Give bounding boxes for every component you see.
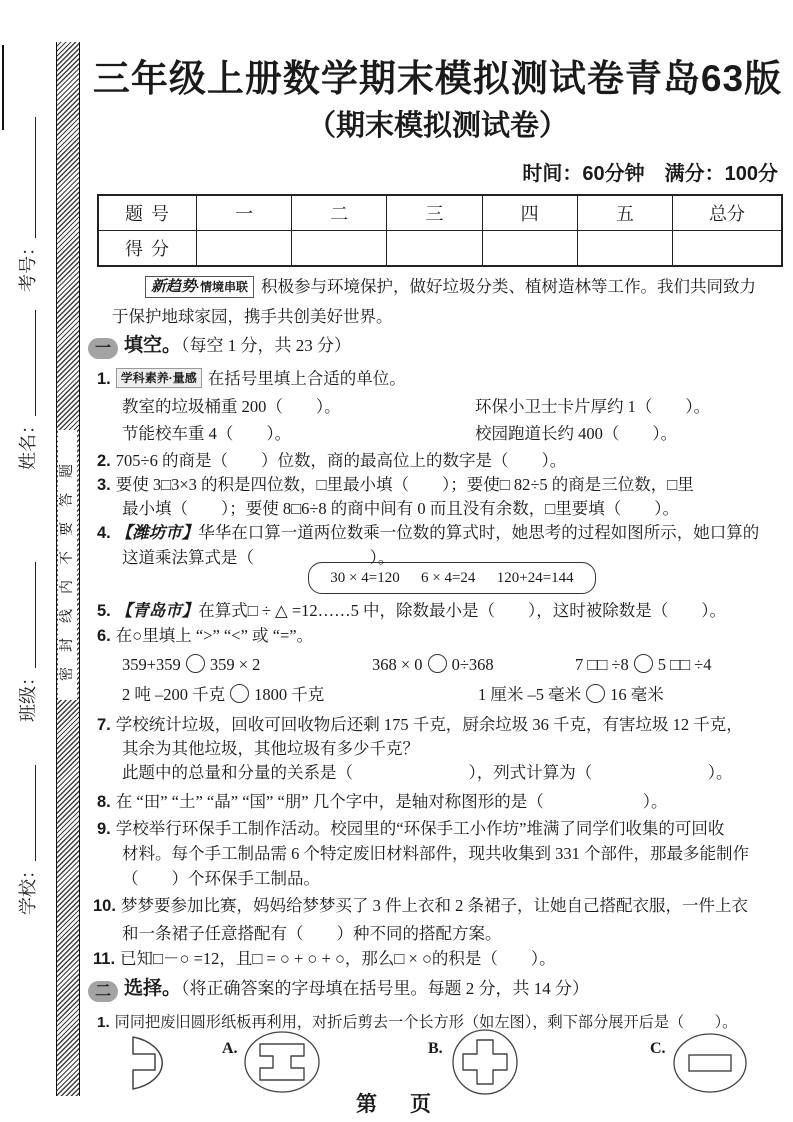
compare-item-5: 1 厘米 –5 毫米16 毫米 — [478, 682, 664, 707]
score-cell-three — [387, 231, 482, 267]
column-four: 四 — [482, 195, 577, 231]
fill-q11-number: 11. — [93, 950, 115, 968]
mental-math-step-3: 120+24=144 — [497, 570, 574, 587]
intro-text-1: 积极参与环境保护，做好垃圾分类、植树造林等工作。我们共同致力 — [261, 277, 756, 296]
compare-1-circle — [186, 654, 205, 673]
score-cell-two — [292, 231, 387, 267]
compare-item-1: 359+359359 × 2 — [122, 652, 260, 677]
fill-q1-number: 1. — [97, 370, 111, 388]
compare-item-3: 7 □□ ÷85 □□ ÷4 — [575, 652, 712, 677]
option-b-label: B. — [428, 1040, 443, 1058]
column-three: 三 — [387, 195, 482, 231]
compare-1-left: 359+359 — [122, 655, 181, 674]
fill-q7-line-2: 其余为其他垃圾，其他垃圾有多少千克？ — [122, 736, 419, 761]
seal-line-strip: 密封线内不要答题 — [56, 42, 80, 1096]
fill-q9-number: 9. — [97, 820, 111, 838]
trend-badge: 新趋势·情境串联 — [145, 276, 254, 298]
score-table: 题号 一 二 三 四 五 总分 得分 — [97, 194, 783, 267]
compare-4-circle — [230, 684, 249, 703]
section-1-header: 一填空。（每空 1 分，共 23 分） — [88, 333, 351, 359]
column-total: 总分 — [673, 195, 783, 231]
fill-q6: 6.在○里填上 “>” “<” 或 “=”。 — [97, 623, 313, 649]
score-table-header-row: 题号 一 二 三 四 五 总分 — [98, 195, 782, 231]
fill-q8-number: 8. — [97, 793, 111, 811]
fill-q2: 2.705÷6 的商是（ ）位数，商的最高位上的数字是（ ）。 — [97, 448, 566, 474]
mental-math-box: 30 × 4=120 6 × 4=24 120+24=144 — [308, 562, 596, 594]
intro-line-2: 于保护地球家园，携手共创美好世界。 — [112, 304, 393, 329]
fill-q10-number: 10. — [93, 897, 116, 915]
compare-4-right: 1800 千克 — [254, 685, 324, 704]
fill-q6-number: 6. — [97, 627, 111, 645]
page-title: 三年级上册数学期末模拟测试卷青岛63版 — [90, 48, 785, 102]
score-label: 得分 — [98, 231, 197, 267]
section-1-note: （每空 1 分，共 23 分） — [181, 336, 351, 355]
fill-q8: 8.在 “田” “土” “晶” “国” “朋” 几个字中，是轴对称图形的是（ ）… — [97, 789, 668, 815]
fill-q4-text-1: 华华在口算一道两位数乘一位数的算式时，她思考的过程如图所示，她口算的 — [198, 523, 759, 542]
question-number-label: 题号 — [98, 195, 197, 231]
fill-q1-item-1: 教室的垃圾桶重 200（ ）。 — [122, 394, 341, 419]
compare-3-right: 5 □□ ÷4 — [658, 655, 712, 674]
compare-1-right: 359 × 2 — [210, 655, 261, 674]
option-a-label: A. — [222, 1040, 238, 1058]
fill-q4-line-1: 4.【潍坊市】华华在口算一道两位数乘一位数的算式时，她思考的过程如图所示，她口算… — [97, 520, 759, 546]
fill-q4-number: 4. — [97, 524, 111, 542]
compare-3-circle — [634, 654, 653, 673]
student-name-label: 姓名： — [14, 416, 40, 470]
trend-badge-main: 新趋势 — [151, 278, 196, 295]
mental-math-step-2: 6 × 4=24 — [421, 570, 475, 587]
column-one: 一 — [197, 195, 292, 231]
column-two: 二 — [292, 195, 387, 231]
school-blank-line — [35, 765, 36, 861]
score-cell-total — [673, 231, 783, 267]
field-student-name: 姓名： — [14, 310, 40, 470]
school-label: 学校： — [14, 861, 40, 915]
choice-q1-text: 同同把废旧圆形纸板再利用，对折后剪去一个长方形（如左图），剩下部分展开后是（ ）… — [115, 1014, 738, 1031]
field-class: 班级： — [14, 562, 40, 722]
choice-q1: 1.同同把废旧圆形纸板再利用，对折后剪去一个长方形（如左图），剩下部分展开后是（… — [97, 1010, 737, 1035]
fill-q1-item-4: 校园跑道长约 400（ ）。 — [475, 421, 677, 446]
section-2-title: 选择。 — [124, 978, 181, 999]
section-2-marker: 二 — [88, 981, 118, 1002]
section-2-note: （将正确答案的字母填在括号里。每题 2 分，共 14 分） — [181, 979, 589, 998]
option-a-shape-icon — [243, 1030, 321, 1094]
section-2-header: 二选择。（将正确答案的字母填在括号里。每题 2 分，共 14 分） — [88, 976, 589, 1002]
corner-mark — [2, 45, 4, 130]
folded-cutout-icon — [115, 1032, 179, 1094]
fill-q3-number: 3. — [97, 476, 111, 494]
exam-number-blank-line — [35, 117, 36, 238]
fill-q11-text: 已知□－○ =12，且□ = ○ + ○ + ○，那么□ × ○的积是（ ）。 — [120, 949, 556, 968]
trend-badge-sub: ·情境串联 — [196, 280, 248, 294]
compare-4-left: 2 吨 –200 千克 — [122, 685, 225, 704]
fill-q7-text-1: 学校统计垃圾，回收可回收物后还剩 175 千克，厨余垃圾 36 千克，有害垃圾 … — [116, 715, 743, 734]
class-blank-line — [35, 562, 36, 668]
score-table-score-row: 得分 — [98, 231, 782, 267]
option-b-shape-icon — [450, 1028, 520, 1096]
compare-5-left: 1 厘米 –5 毫米 — [478, 685, 581, 704]
score-cell-one — [197, 231, 292, 267]
page-subtitle: （期末模拟测试卷） — [90, 103, 785, 144]
score-cell-five — [577, 231, 672, 267]
fill-q5-number: 5. — [97, 602, 111, 620]
fill-q3-line-2: 最小填（ ）；要使 8□6÷8 的商中间有 0 而且没有余数，□里要填（ ）。 — [122, 496, 679, 521]
fill-q2-text: 705÷6 的商是（ ）位数，商的最高位上的数字是（ ）。 — [116, 451, 566, 470]
fill-q5-city-tag: 【青岛市】 — [116, 601, 199, 620]
section-1-title: 填空。 — [124, 335, 181, 356]
class-label: 班级： — [14, 668, 40, 722]
fill-q1-item-3: 节能校车重 4（ ）。 — [122, 421, 291, 446]
compare-2-circle — [428, 654, 447, 673]
option-c-label: C. — [650, 1040, 666, 1058]
compare-5-right: 16 毫米 — [610, 685, 664, 704]
compare-item-4: 2 吨 –200 千克1800 千克 — [122, 682, 324, 707]
option-c-shape-icon — [672, 1032, 748, 1094]
fill-q4-city-tag: 【潍坊市】 — [116, 523, 199, 542]
section-1-marker: 一 — [88, 338, 118, 359]
fill-q10-line-1: 10.梦梦要参加比赛，妈妈给梦梦买了 3 件上衣和 2 条裙子，让她自己搭配衣服… — [93, 893, 748, 919]
fill-q5-text: 在算式□ ÷ △ =12……5 中，除数最小是（ ），这时被除数是（ ）。 — [198, 601, 726, 620]
score-cell-four — [482, 231, 577, 267]
fill-q10-text-1: 梦梦要参加比赛，妈妈给梦梦买了 3 件上衣和 2 条裙子，让她自己搭配衣服，一件… — [121, 896, 748, 915]
choice-q1-number: 1. — [97, 1014, 110, 1031]
student-name-blank-line — [35, 310, 36, 416]
field-exam-number: 考号： — [14, 117, 40, 292]
fill-q9-line-3: （ ）个环保手工制品。 — [122, 866, 320, 891]
compare-2-right: 0÷368 — [452, 655, 494, 674]
fill-q1-text: 在括号里填上合适的单位。 — [208, 369, 406, 388]
fill-q2-number: 2. — [97, 452, 111, 470]
fill-q9-text-1: 学校举行环保手工制作活动。校园里的“环保手工小作坊”堆满了同学们收集的可回收 — [116, 819, 725, 838]
exam-number-label: 考号： — [14, 238, 40, 292]
column-five: 五 — [577, 195, 672, 231]
fill-q11: 11.已知□－○ =12，且□ = ○ + ○ + ○，那么□ × ○的积是（ … — [93, 946, 556, 972]
compare-2-left: 368 × 0 — [372, 655, 423, 674]
fill-q9-line-2: 材料。每个手工制品需 6 个特定废旧材料部件，现共收集到 331 个部件，那最多… — [122, 841, 749, 866]
seal-line-text: 密封线内不要答题 — [58, 430, 77, 700]
intro-line-1: 新趋势·情境串联积极参与环境保护，做好垃圾分类、植树造林等工作。我们共同致力 — [145, 274, 756, 299]
fill-q3-line-1: 3.要使 3□3×3 的积是四位数，□里最小填（ ）；要使□ 82÷5 的商是三… — [97, 472, 694, 498]
fill-q1: 1.学科素养·量感在括号里填上合适的单位。 — [97, 366, 406, 392]
fill-q5: 5.【青岛市】在算式□ ÷ △ =12……5 中，除数最小是（ ），这时被除数是… — [97, 598, 726, 624]
fill-q6-text: 在○里填上 “>” “<” 或 “=”。 — [116, 626, 313, 645]
page-footer: 第 页 — [0, 1088, 793, 1118]
field-school: 学校： — [14, 765, 40, 915]
fill-q3-text-1: 要使 3□3×3 的积是四位数，□里最小填（ ）；要使□ 82÷5 的商是三位数… — [116, 475, 694, 494]
fill-q7-line-3: 此题中的总量和分量的关系是（ ），列式计算为（ ）。 — [122, 760, 733, 785]
fill-q10-line-2: 和一条裙子任意搭配有（ ）种不同的搭配方案。 — [122, 921, 502, 946]
exam-paper-page: 考号： 姓名： 班级： 学校： 密封线内不要答题 三年级上册数学期末模拟测试卷青… — [0, 0, 793, 1122]
compare-3-left: 7 □□ ÷8 — [575, 655, 629, 674]
fill-q1-item-2: 环保小卫士卡片厚约 1（ ）。 — [475, 394, 710, 419]
literacy-badge: 学科素养·量感 — [116, 368, 202, 388]
fill-q7-number: 7. — [97, 716, 111, 734]
fill-q9-line-1: 9.学校举行环保手工制作活动。校园里的“环保手工小作坊”堆满了同学们收集的可回收 — [97, 816, 724, 842]
time-score-info: 时间：60分钟 满分：100分 — [90, 157, 778, 186]
compare-item-2: 368 × 00÷368 — [372, 652, 494, 677]
compare-5-circle — [586, 684, 605, 703]
fill-q7-line-1: 7.学校统计垃圾，回收可回收物后还剩 175 千克，厨余垃圾 36 千克，有害垃… — [97, 712, 743, 738]
intro-text-2: 于保护地球家园，携手共创美好世界。 — [112, 307, 393, 326]
mental-math-step-1: 30 × 4=120 — [330, 570, 399, 587]
fill-q8-text: 在 “田” “土” “晶” “国” “朋” 几个字中，是轴对称图形的是（ ）。 — [116, 792, 668, 811]
